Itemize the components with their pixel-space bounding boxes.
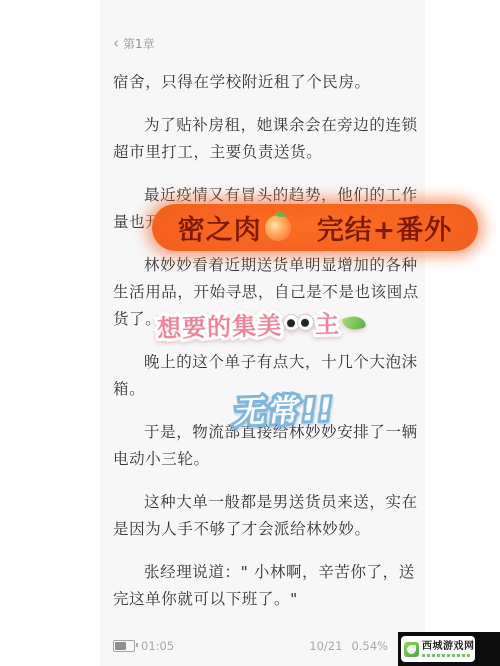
- watermark-badge: 西城游戏网: [401, 636, 475, 662]
- eyes-icon: [283, 314, 314, 332]
- chapter-label: 第1章: [123, 35, 155, 52]
- clock-time: 01:05: [141, 639, 174, 653]
- text-line: 张经理说道：" 小林啊，辛苦你了，送: [113, 559, 421, 586]
- status-left: 01:05: [113, 638, 174, 654]
- text-line: 生活用品，开始寻思，自己是不是也该囤点: [113, 279, 421, 306]
- text-line: 超市里打工，主要负责送货。: [113, 139, 421, 166]
- paragraph: 宿舍，只得在学校附近租了个民房。: [113, 69, 421, 96]
- site-name: 西城游戏网: [422, 641, 475, 652]
- blue-sticker-fill: 无常!!: [233, 383, 338, 431]
- paragraph: 张经理说道：" 小林啊，辛苦你了，送 完这单你就可以下班了。": [113, 559, 421, 613]
- blue-sticker: 无常!! 无常!!: [233, 383, 338, 431]
- text-line: 宿舍，只得在学校附近租了个民房。: [113, 69, 421, 96]
- reading-text: 宿舍，只得在学校附近租了个民房。 为了贴补房租，她课余会在旁边的连锁 超市里打工…: [113, 69, 421, 629]
- page-progress: 10/21: [309, 639, 342, 653]
- pink-sticker-fill: 想要的集美 主: [157, 303, 365, 343]
- paragraph: 为了贴补房租，她课余会在旁边的连锁 超市里打工，主要负责送货。: [113, 112, 421, 166]
- promo-banner: 密之肉 完结+番外: [152, 204, 478, 251]
- pink-sticker-text: 想要的集美: [157, 305, 283, 343]
- chapter-back-button[interactable]: ‹ 第1章: [113, 34, 155, 52]
- site-logo-icon: [404, 642, 419, 657]
- battery-icon: [113, 640, 135, 652]
- text-line: 完这单你就可以下班了。": [113, 586, 421, 613]
- text-line: 这种大单一般都是男送货员来送，实在: [113, 489, 421, 516]
- banner-title-group: 密之肉: [178, 208, 291, 247]
- watermark-subtext: [422, 654, 470, 657]
- back-chevron-icon: ‹: [113, 36, 119, 51]
- site-text: 西城游戏网: [422, 641, 475, 657]
- status-right: 10/21 0.54%: [309, 638, 388, 654]
- text-line: 是因为人手不够了才会派给林妙妙。: [113, 516, 421, 543]
- paragraph: 这种大单一般都是男送货员来送，实在 是因为人手不够了才会派给林妙妙。: [113, 489, 421, 543]
- peach-icon: [265, 215, 291, 241]
- text-line: 为了贴补房租，她课余会在旁边的连锁: [113, 112, 421, 139]
- battery-percent: 0.54%: [351, 639, 388, 653]
- text-line: 林妙妙看着近期送货单明显增加的各种: [113, 252, 421, 279]
- banner-status: 完结+番外: [317, 208, 453, 247]
- pink-sticker-text: 主: [315, 304, 341, 340]
- leaf-icon: [342, 312, 367, 333]
- text-line: 晚上的这个单子有点大，十几个大泡沫: [113, 349, 421, 376]
- text-line: 电动小三轮。: [113, 446, 421, 473]
- banner-title: 密之肉: [178, 208, 262, 247]
- watermark: 西城游戏网: [398, 632, 500, 666]
- pink-sticker: 想要的集美 主 想要的集美 主: [157, 303, 365, 343]
